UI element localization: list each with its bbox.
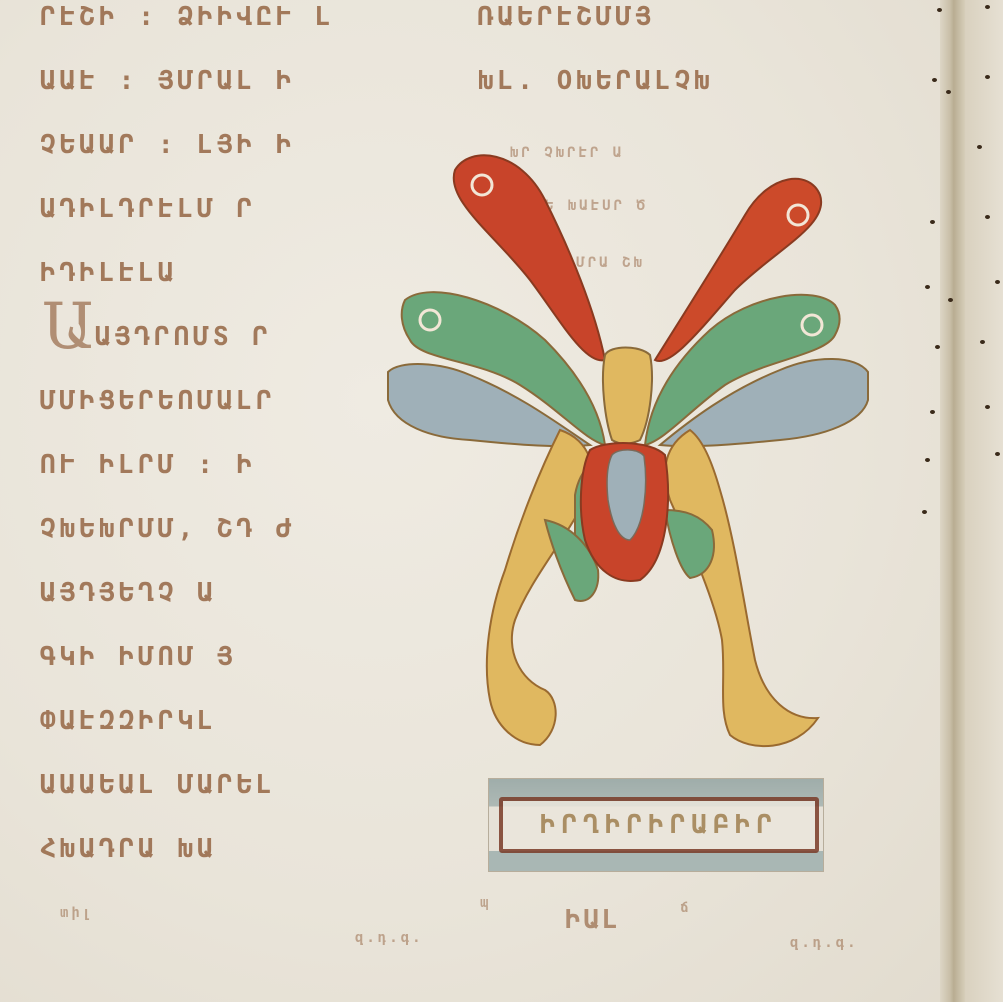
sewing-hole	[985, 215, 990, 219]
text-line: ԱՅԴՐՈՄՏ Ր	[95, 322, 272, 352]
text-line: ԱԴԻԼԴՐԷԼՄ Ր	[40, 194, 256, 224]
text-line: ԱԱԱԵԱԼ ՄԱՐԵԼ	[40, 770, 276, 800]
sewing-hole	[995, 452, 1000, 456]
sewing-hole	[977, 145, 982, 149]
manuscript-page: ՐԷՇԻ ։ ՁԻԻՎԸՒ Լ ԱԱԷ ։ ՅՄՐԱԼ Ի ՉԵԱԱՐ ։ ԼՅ…	[0, 0, 940, 1002]
sewing-hole	[925, 285, 930, 289]
sewing-hole	[925, 458, 930, 462]
marginal-note: տիլ	[60, 905, 94, 921]
text-line: ԻԴԻԼԷԼԱ	[40, 258, 178, 288]
text-line: ԱՅԴՅԵՂՉ Ա	[40, 578, 217, 608]
title-banner: ԻՐՂԻՐԻՐԱԲԻՐ	[488, 778, 824, 872]
text-line: ԳԿԻ ԻՄՈՄ Յ	[40, 642, 237, 672]
marginal-note: զ.դ.գ.	[790, 935, 859, 951]
sewing-hole	[930, 220, 935, 224]
sewing-hole	[948, 298, 953, 302]
marginal-note: ճ	[680, 900, 691, 916]
sewing-hole	[922, 510, 927, 514]
text-line: ԱԱԷ ։ ՅՄՐԱԼ Ի	[40, 66, 296, 96]
binding-gutter	[940, 0, 965, 1002]
sewing-hole	[930, 410, 935, 414]
sewing-hole	[946, 90, 951, 94]
text-line: ՀԽԱԴՐԱ ԽԱ	[40, 834, 217, 864]
facing-page-edge	[965, 0, 1003, 1002]
text-line: ՓԱԷԶԶԻՐԿԼ	[40, 706, 217, 736]
sewing-hole	[937, 8, 942, 12]
sewing-hole	[985, 405, 990, 409]
large-initial-letter: Ա	[42, 290, 94, 364]
text-line: ՉԵԱԱՐ ։ ԼՅԻ Ի	[40, 130, 296, 160]
marginal-note: զ.դ.գ.	[355, 930, 424, 946]
text-line: ՄՄԻՑԵՐԵՈՄԱԼՐ	[40, 386, 276, 416]
marginal-note: պ	[480, 895, 491, 911]
sewing-hole	[985, 5, 990, 9]
text-line: ՐԷՇԻ ։ ՁԻԻՎԸՒ Լ	[40, 2, 335, 32]
sewing-hole	[995, 280, 1000, 284]
sewing-hole	[935, 345, 940, 349]
illuminated-ornament	[380, 145, 880, 765]
sewing-hole	[985, 75, 990, 79]
sewing-hole	[980, 340, 985, 344]
text-line: ՉԽԵԽՐՄՄ, ՇԴ Ժ	[40, 514, 296, 544]
sewing-hole	[932, 78, 937, 82]
text-line: ՈՒ ԻԼՐՄ ։ Ի	[40, 450, 256, 480]
banner-text: ԻՐՂԻՐԻՐԱԲԻՐ	[499, 797, 819, 853]
text-line: ՌԱԵՐԷՇՄՄՅ	[478, 2, 655, 32]
footer-word: ԻԱԼ	[565, 905, 621, 935]
text-line: ԽԼ. ՕԽԵՐԱԼՉԽ	[478, 66, 714, 96]
